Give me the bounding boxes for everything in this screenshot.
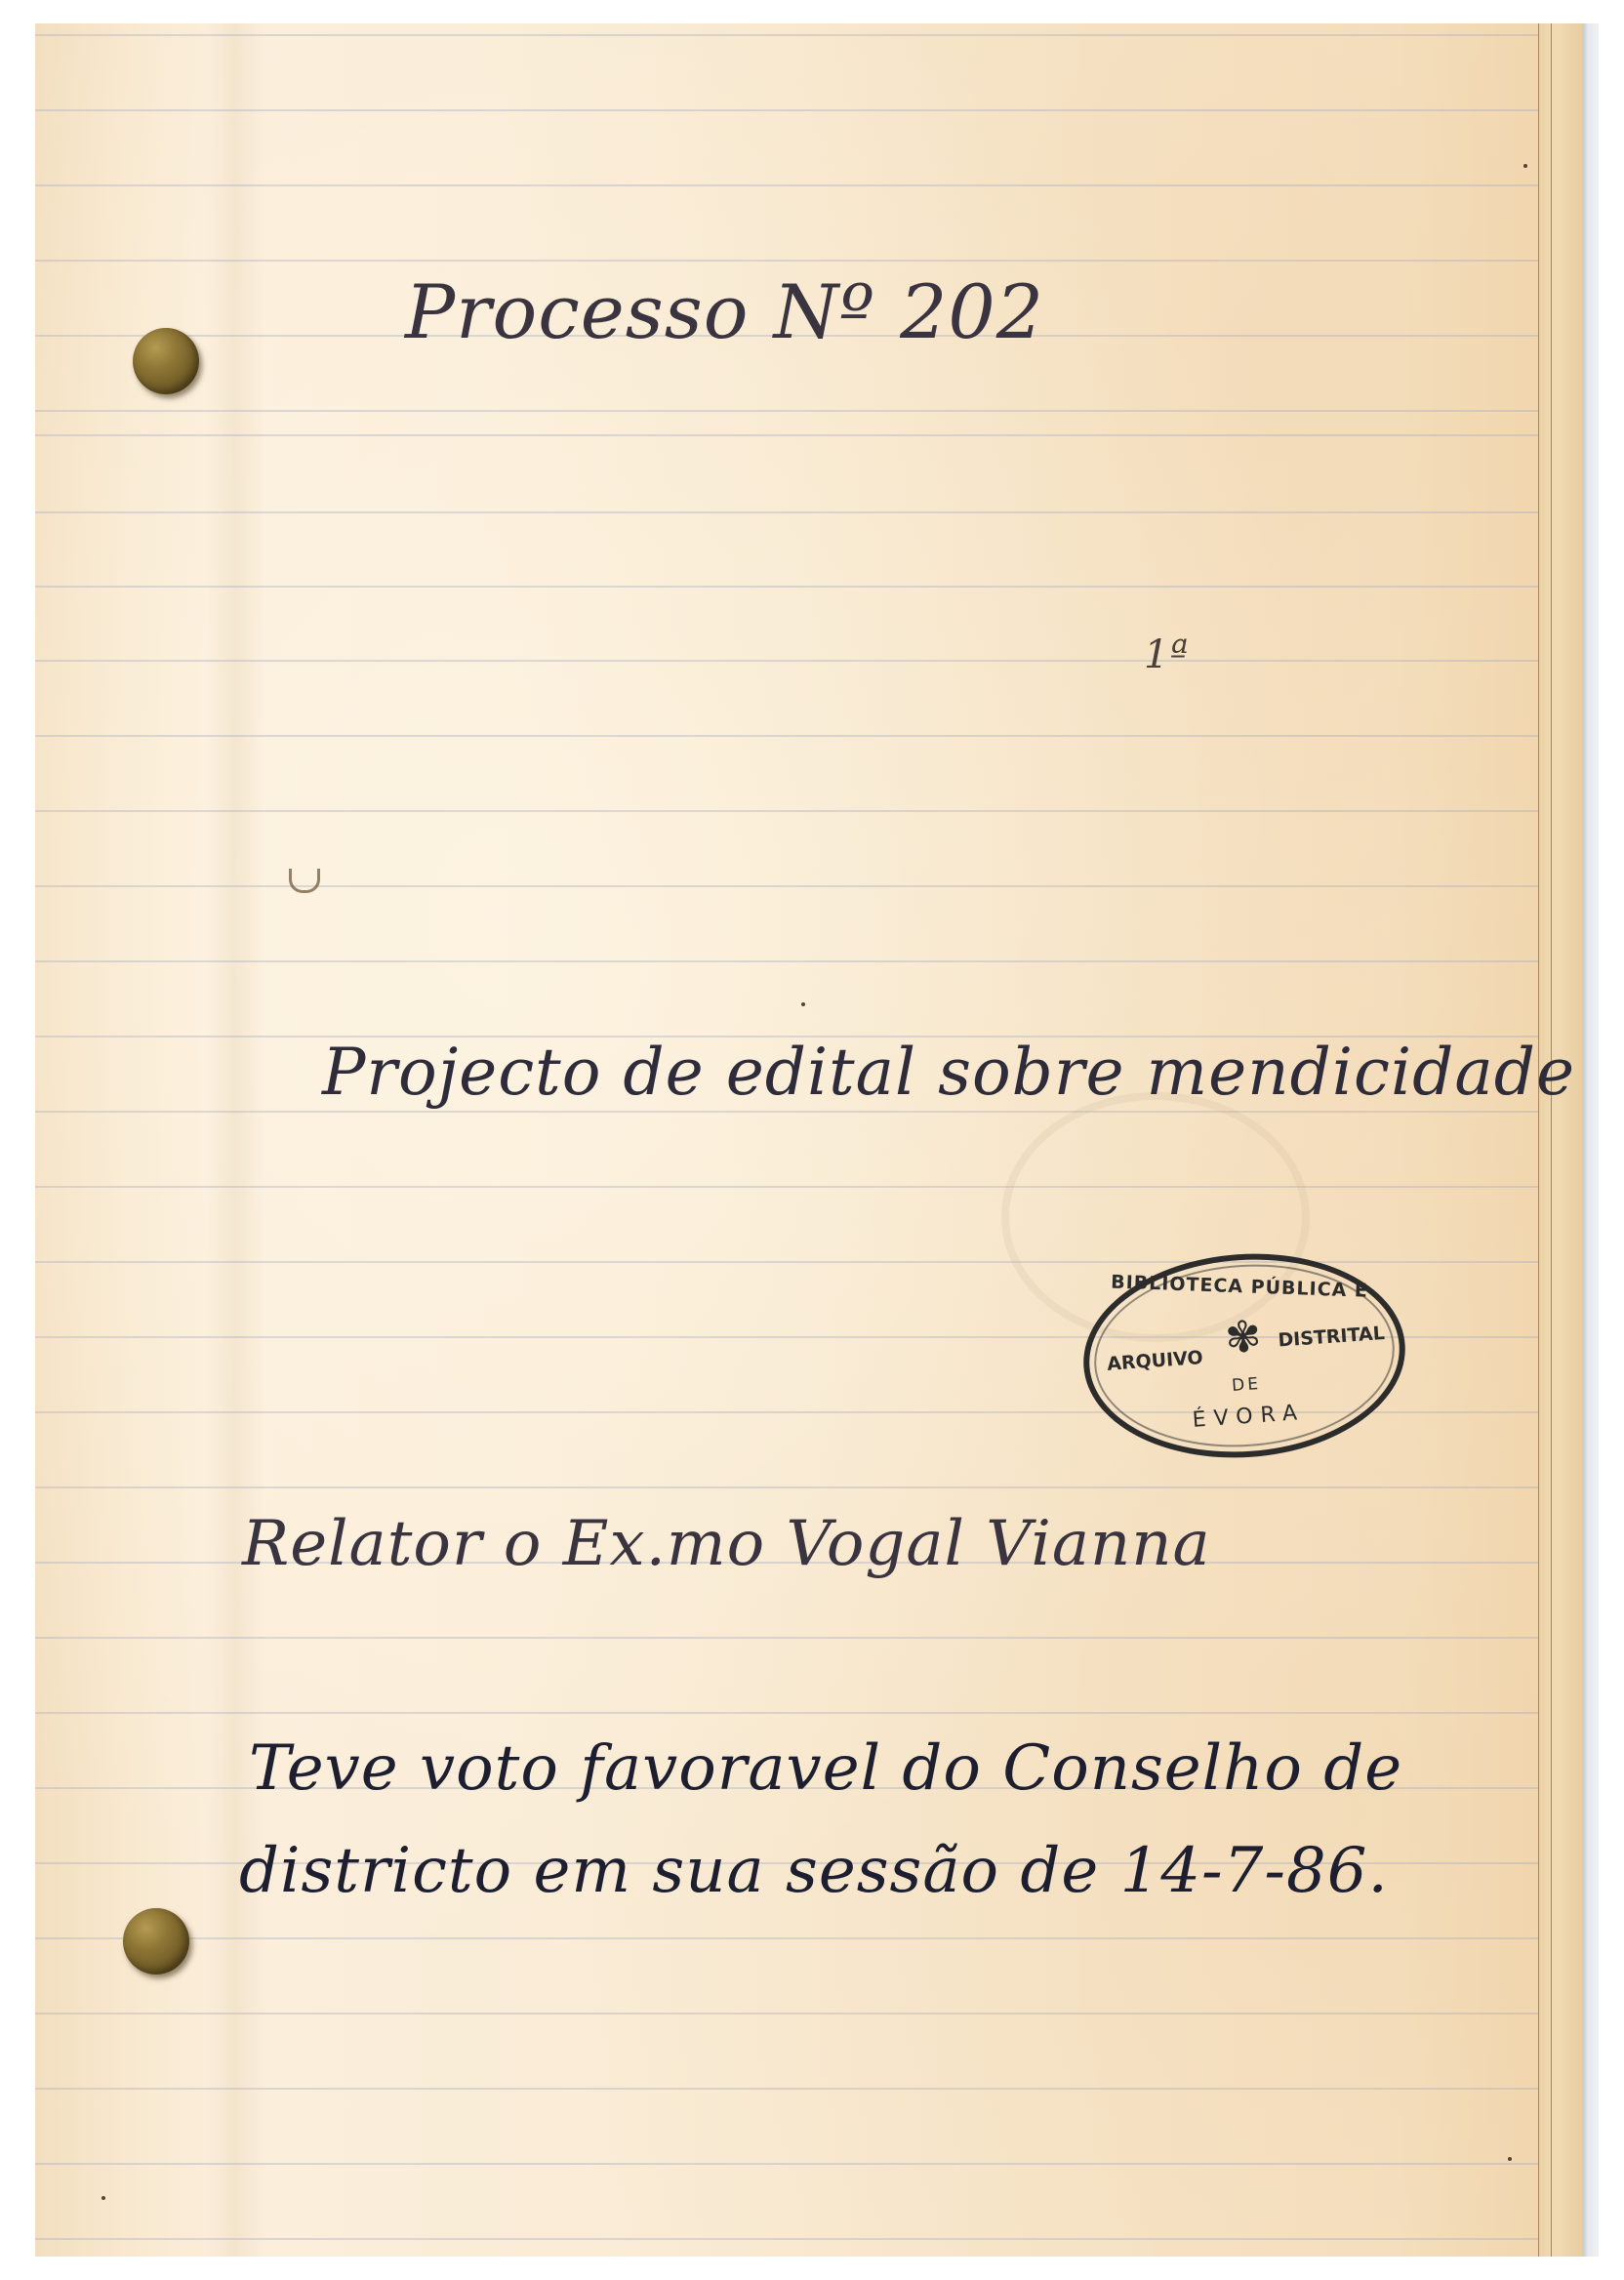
- ruled-line: [35, 511, 1538, 513]
- vote-note-line-2: districto em sua sessão de 14-7-86.: [239, 1835, 1389, 1907]
- ruled-line: [35, 885, 1538, 887]
- ruled-line: [35, 1486, 1538, 1488]
- document-subject: Projecto de edital sobre mendicidade: [322, 1035, 1575, 1110]
- process-number-title: Processo Nº 202: [405, 268, 1044, 355]
- ruled-line: [35, 1637, 1538, 1639]
- ruled-line: [35, 434, 1538, 436]
- page-edge-line: [1538, 23, 1539, 2257]
- ink-speck: [101, 2196, 105, 2200]
- ruled-line: [35, 1186, 1538, 1188]
- ruled-line: [35, 960, 1538, 962]
- ruled-line: [35, 735, 1538, 737]
- coat-of-arms-icon: ✾: [1213, 1311, 1273, 1365]
- ink-speck: [801, 1002, 805, 1006]
- ruled-line: [35, 2088, 1538, 2090]
- ruled-line: [35, 260, 1538, 262]
- vote-note-line-1: Teve voto favoravel do Conselho de: [249, 1732, 1402, 1805]
- ruled-line: [35, 410, 1538, 412]
- binding-fold-shadow: [206, 23, 264, 2257]
- ruled-line: [35, 810, 1538, 812]
- ruled-line: [35, 2013, 1538, 2015]
- ink-speck: [1508, 2157, 1512, 2161]
- document-page: [35, 23, 1583, 2257]
- underlying-page-edge: [1539, 23, 1583, 2257]
- ruled-line: [35, 586, 1538, 588]
- page-edge-line: [1551, 23, 1552, 2257]
- ink-speck: [1523, 164, 1527, 168]
- ruled-line: [35, 184, 1538, 186]
- ruled-line: [35, 660, 1538, 662]
- ruled-line: [35, 1111, 1538, 1113]
- ruled-line: [35, 34, 1538, 36]
- relator-line: Relator o Ex.mo Vogal Vianna: [242, 1508, 1211, 1580]
- bottom-brass-fastener-icon: [123, 1908, 189, 1975]
- paper-tear: [289, 869, 320, 893]
- margin-mark: 1ª: [1144, 632, 1189, 677]
- top-brass-fastener-icon: [133, 328, 199, 394]
- scanner-backing: [1581, 23, 1599, 2257]
- ruled-line: [35, 109, 1538, 111]
- ruled-line: [35, 1712, 1538, 1714]
- ruled-line: [35, 1937, 1538, 1939]
- ruled-line: [35, 2163, 1538, 2165]
- ruled-line: [35, 2238, 1538, 2240]
